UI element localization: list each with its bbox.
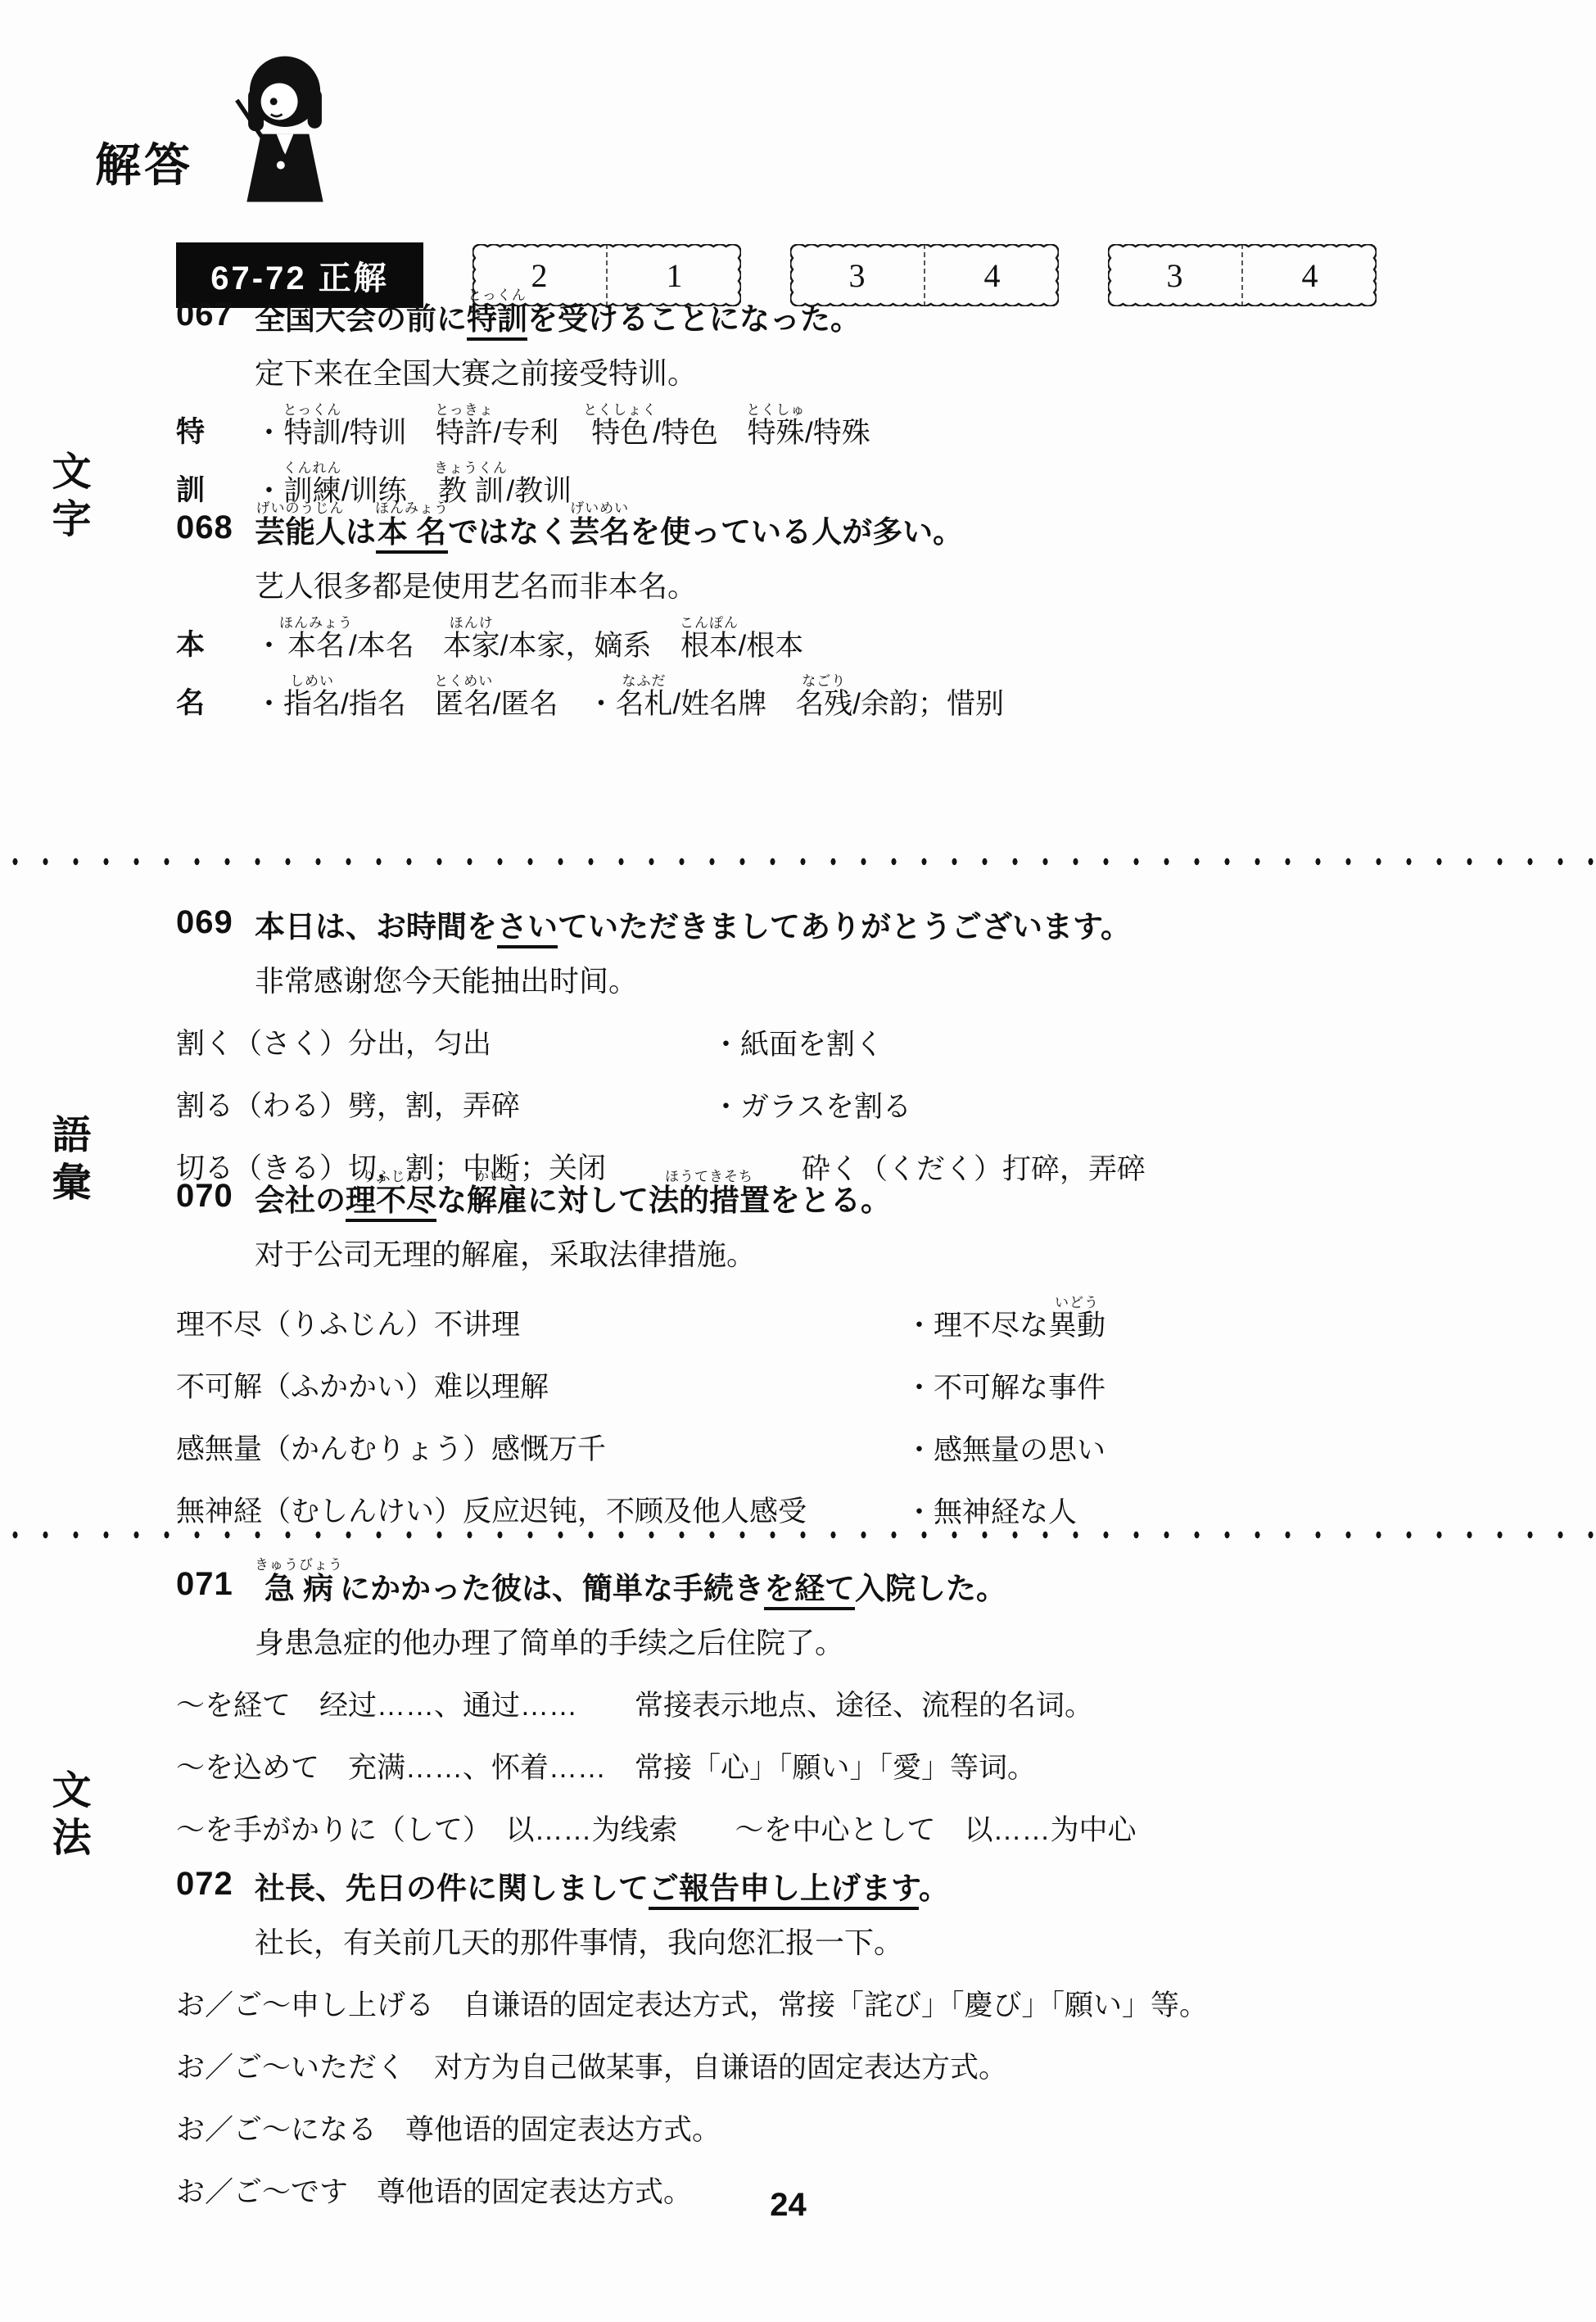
grammar-note: お／ご～になる 尊他语的固定表达方式。 xyxy=(176,2107,1588,2148)
vocab-definition: 理不尽（りふじん）不讲理 xyxy=(176,1302,905,1343)
kanji-head: 本 xyxy=(176,622,255,663)
question-sentence: 本日は、お時間をさいていただきましてありがとうございます。 xyxy=(255,910,1131,945)
kanji-head: 名 xyxy=(176,681,255,722)
question-sentence: 社長、先日の件に関しましてご報告申し上げます。 xyxy=(255,1872,949,1907)
question-071: 071 急 病きゅうびょうにかかった彼は、簡単な手続きを経て入院した。 身患急症… xyxy=(176,1545,1588,1849)
kanji-note-row: 本 ・本名ほんみょう/本名 本家ほんけ/本家，嫡系 根本こんぽん/根本 xyxy=(176,615,1588,663)
grammar-note: お／ご～いただく 对方为自己做某事，自谦语的固定表达方式。 xyxy=(176,2045,1588,2086)
question-number: 070 xyxy=(176,1178,255,1219)
grammar-note: ～を込めて 充满……、怀着…… 常接「心」「願い」「愛」等词。 xyxy=(176,1745,1588,1786)
kanji-examples: ・本名ほんみょう/本名 本家ほんけ/本家，嫡系 根本こんぽん/根本 xyxy=(255,615,803,663)
vocab-example: ・理不尽な異動いどう xyxy=(905,1295,1105,1343)
vocab-definition: 不可解（ふかかい）难以理解 xyxy=(176,1365,905,1405)
vocab-row: 不可解（ふかかい）难以理解 ・不可解な事件 xyxy=(176,1365,1588,1405)
question-sentence: 急 病きゅうびょうにかかった彼は、簡単な手続きを経て入院した。 xyxy=(255,1557,1006,1607)
dotted-separator xyxy=(0,855,1596,868)
question-number: 072 xyxy=(176,1866,255,1907)
question-translation: 社长，有关前几天的那件事情，我向您汇报一下。 xyxy=(255,1920,1588,1962)
question-number: 069 xyxy=(176,904,255,945)
question-number: 068 xyxy=(176,509,255,550)
vocab-example: ・紙面を割く xyxy=(712,1028,884,1062)
question-translation: 对于公司无理的解雇，采取法律措施。 xyxy=(255,1232,1588,1274)
kanji-note-row: 名 ・指名しめい/指名 匿名とくめい/匿名 ・名札なふだ/姓名牌 名残なごり/余… xyxy=(176,673,1588,722)
section-label-bunpo: 文法 xyxy=(39,1769,96,1864)
question-translation: 身患急症的他办理了简单的手续之后住院了。 xyxy=(255,1620,1588,1662)
vocab-definition: 感無量（かんむりょう）感慨万千 xyxy=(176,1427,905,1468)
vocab-example: ・無神経な人 xyxy=(905,1496,1077,1530)
vocab-row: 割る（わる）劈，割，弄碎 ・ガラスを割る xyxy=(176,1084,1588,1125)
vocab-definition: 割る（わる）劈，割，弄碎 xyxy=(176,1084,712,1125)
vocab-row: 無神経（むしんけい）反应迟钝，不顾及他人感受 ・無神経な人 xyxy=(176,1489,1588,1530)
teacher-girl-illustration xyxy=(211,49,359,205)
question-translation: 艺人很多都是使用艺名而非本名。 xyxy=(255,564,1588,605)
question-069: 069 本日は、お時間をさいていただきましてありがとうございます。 非常感谢您今… xyxy=(176,883,1588,1187)
kanji-head: 特 xyxy=(176,410,255,450)
vocab-row: 割く（さく）分出，匀出 ・紙面を割く xyxy=(176,1021,1588,1062)
dotted-separator xyxy=(0,1528,1596,1541)
vocab-definition: 割く（さく）分出，匀出 xyxy=(176,1021,712,1062)
section-label-moji: 文字 xyxy=(39,450,96,545)
vocab-example: ・ガラスを割る xyxy=(712,1090,911,1125)
page-title: 解答 xyxy=(95,129,193,195)
question-sentence: 全国大会の前に特訓とっくんを受けることになった。 xyxy=(255,287,861,337)
question-number: 071 xyxy=(176,1566,255,1607)
kanji-examples: ・指名しめい/指名 匿名とくめい/匿名 ・名札なふだ/姓名牌 名残なごり/余韵；… xyxy=(255,673,1004,722)
page-number: 24 xyxy=(0,2187,1576,2224)
grammar-note: ～を手がかりに（して） 以……为线索 ～を中心として 以……为中心 xyxy=(176,1808,1588,1849)
vocab-row: 理不尽（りふじん）不讲理 ・理不尽な異動いどう xyxy=(176,1295,1588,1343)
vocab-definition: 無神経（むしんけい）反应迟钝，不顾及他人感受 xyxy=(176,1489,905,1530)
grammar-note: お／ご～申し上げる 自谦语的固定表达方式，常接「詫び」「慶び」「願い」等。 xyxy=(176,1983,1588,2024)
question-070: 070 会社の理不尽りふじんな解雇かいこに対して法的措置ほうてきそちをとる。 对… xyxy=(176,1156,1588,1530)
question-072: 072 社長、先日の件に関しましてご報告申し上げます。 社长，有关前几天的那件事… xyxy=(176,1844,1588,2211)
question-sentence: 会社の理不尽りふじんな解雇かいこに対して法的措置ほうてきそちをとる。 xyxy=(255,1169,891,1219)
kanji-examples: ・特訓とっくん/特训 特許とっきょ/专利 特色とくしょく/特色 特殊とくしゅ/特… xyxy=(255,402,870,450)
textbook-answer-page: 解答 67-72 正解 2 1 3 4 3 4 文字 語彙 文法 xyxy=(0,0,1596,2322)
question-number: 067 xyxy=(176,296,255,337)
question-068: 068 芸能人げいのうじんは本 名ほんみょうではなく芸名げいめいを使っている人が… xyxy=(176,488,1588,722)
grammar-note: ～を経て 经过……、通过…… 常接表示地点、途径、流程的名词。 xyxy=(176,1683,1588,1724)
question-sentence: 芸能人げいのうじんは本 名ほんみょうではなく芸名げいめいを使っている人が多い。 xyxy=(255,500,963,550)
kanji-note-row: 特 ・特訓とっくん/特训 特許とっきょ/专利 特色とくしょく/特色 特殊とくしゅ… xyxy=(176,402,1588,450)
section-label-goi: 語彙 xyxy=(39,1114,96,1209)
vocab-example: ・感無量の思い xyxy=(905,1433,1105,1468)
vocab-row: 感無量（かんむりょう）感慨万千 ・感無量の思い xyxy=(176,1427,1588,1468)
question-067: 067 全国大会の前に特訓とっくんを受けることになった。 定下来在全国大赛之前接… xyxy=(176,275,1588,509)
question-translation: 非常感谢您今天能抽出时间。 xyxy=(255,958,1588,1000)
question-translation: 定下来在全国大赛之前接受特训。 xyxy=(255,351,1588,392)
vocab-example: ・不可解な事件 xyxy=(905,1371,1105,1405)
